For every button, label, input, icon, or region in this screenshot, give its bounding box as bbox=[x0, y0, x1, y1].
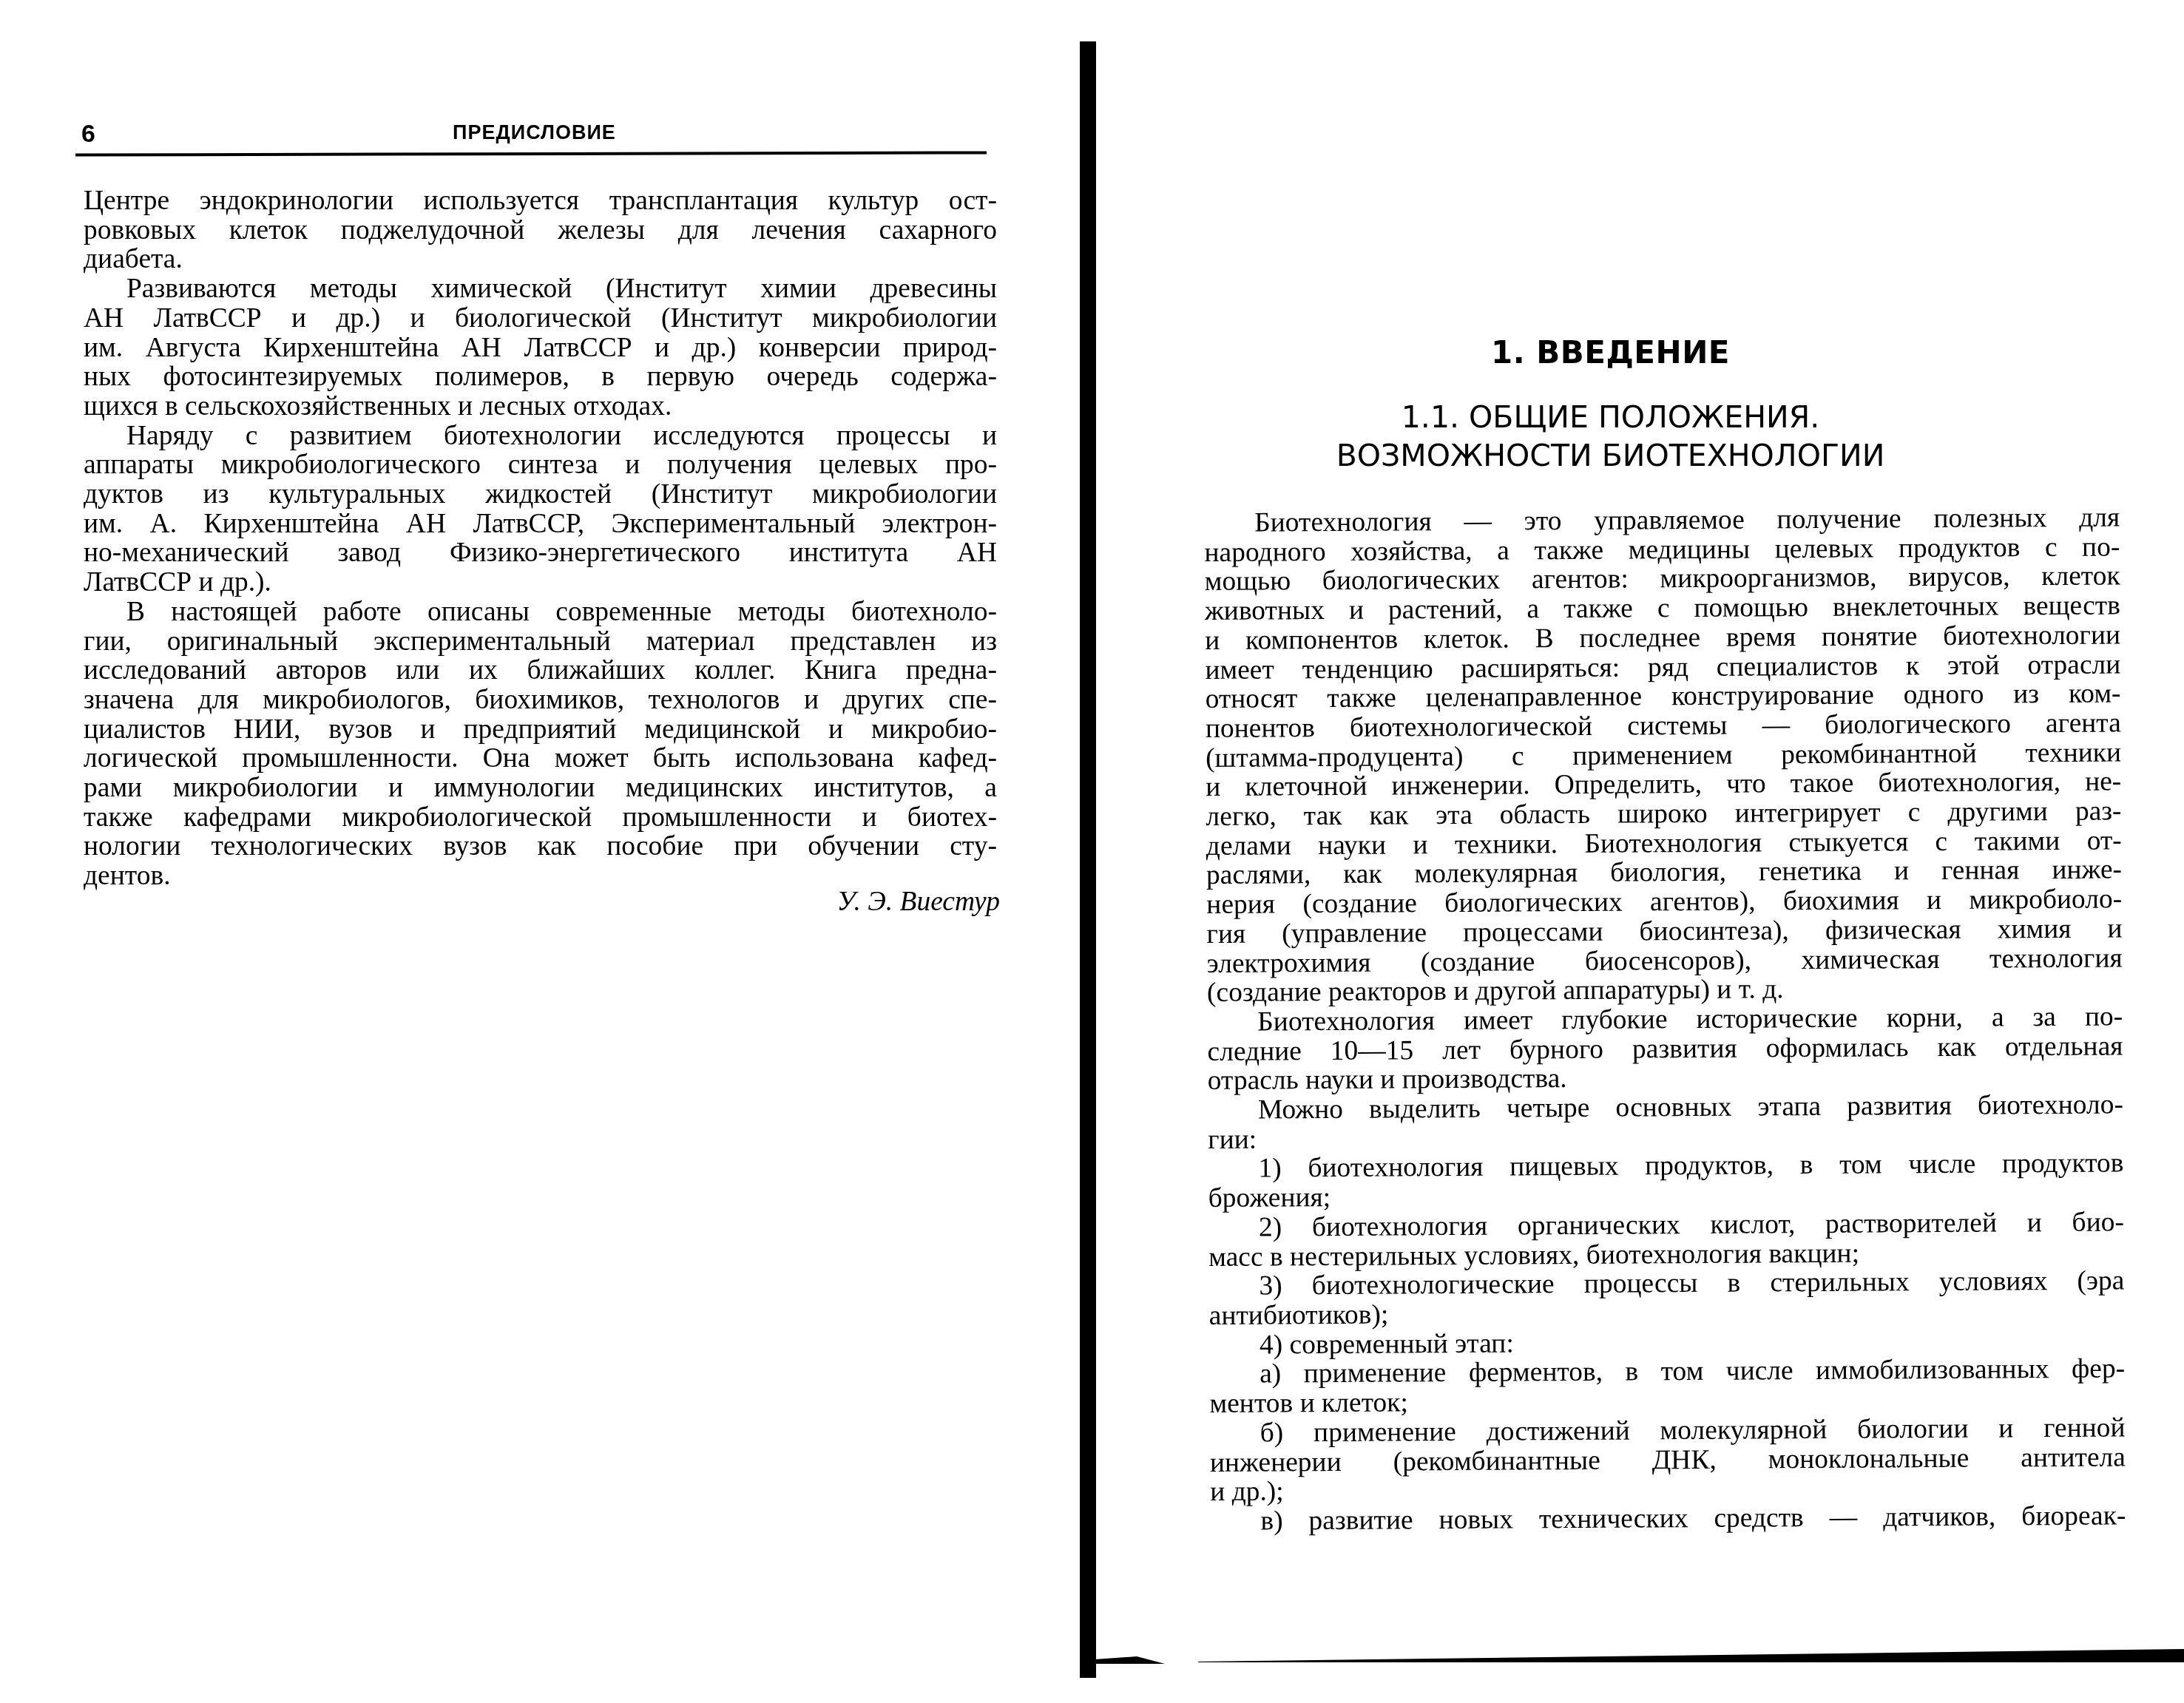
paragraph: Биотехнология — это управляемое получени… bbox=[1204, 503, 2123, 1008]
chapter-body-text: Биотехнология — это управляемое получени… bbox=[1204, 503, 2126, 1536]
text-line: ровковых клеток поджелудочной железы для… bbox=[84, 216, 997, 246]
chapter-title: 1. ВВЕДЕНИЕ bbox=[1191, 334, 2030, 370]
text-line: в) развитие новых технических средств — … bbox=[1210, 1501, 2126, 1536]
text-line: 3) биотехнологические процессы в стериль… bbox=[1208, 1267, 2124, 1301]
text-line: циалистов НИИ, вузов и предприятий медиц… bbox=[84, 715, 997, 745]
section-title-line: 1.1. ОБЩИЕ ПОЛОЖЕНИЯ. bbox=[1191, 398, 2030, 436]
text-line: Центре эндокринологии используется транс… bbox=[84, 186, 997, 216]
text-line: нологии технологических вузов как пособи… bbox=[84, 832, 997, 861]
text-line: им. А. Кирхенштейна АН ЛатвССР, Эксперим… bbox=[84, 509, 997, 539]
paragraph: Биотехнология имеет глубокие исторически… bbox=[1207, 1002, 2123, 1096]
text-line: логической промышленности. Она может быт… bbox=[84, 744, 997, 773]
text-line: Развиваются методы химической (Институт … bbox=[84, 274, 997, 304]
text-line: 1) биотехнология пищевых продуктов, в то… bbox=[1208, 1149, 2123, 1184]
text-line: 2) биотехнология органических кислот, ра… bbox=[1208, 1208, 2124, 1242]
text-line: следние 10—15 лет бурного развития оформ… bbox=[1207, 1032, 2123, 1066]
text-line: значена для микробиологов, биохимиков, т… bbox=[84, 685, 997, 715]
list-item: б) применение достижений молекулярной би… bbox=[1210, 1413, 2126, 1507]
text-line: Можно выделить четыре основных этапа раз… bbox=[1208, 1090, 2123, 1125]
running-title: ПРЕДИСЛОВИЕ bbox=[81, 121, 987, 144]
text-line: В настоящей работе описаны современные м… bbox=[84, 597, 997, 627]
paragraph: Можно выделить четыре основных этапа раз… bbox=[1208, 1090, 2123, 1154]
list-item: 2) биотехнология органических кислот, ра… bbox=[1208, 1208, 2124, 1272]
text-line: рами микробиологии и иммунологии медицин… bbox=[84, 773, 997, 803]
preface-body-text: Центре эндокринологии используется транс… bbox=[84, 186, 997, 891]
list-item: в) развитие новых технических средств — … bbox=[1210, 1501, 2126, 1536]
text-line: инженерии (рекомбинантные ДНК, моноклона… bbox=[1210, 1443, 2126, 1477]
text-line: а) применение ферментов, в том числе имм… bbox=[1209, 1355, 2125, 1389]
text-line: диабета. bbox=[84, 245, 997, 274]
book-spine-shadow bbox=[1080, 41, 1096, 1678]
list-item: 3) биотехнологические процессы в стериль… bbox=[1208, 1267, 2124, 1331]
text-line: дуктов из культуральных жидкостей (Инсти… bbox=[84, 480, 997, 509]
paragraph: Развиваются методы химической (Институт … bbox=[84, 274, 997, 421]
text-line: аппараты микробиологического синтеза и п… bbox=[84, 450, 997, 480]
text-line: АН ЛатвССР и др.) и биологической (Инсти… bbox=[84, 304, 997, 334]
text-line: щихся в сельскохозяйственных и лесных от… bbox=[84, 392, 997, 421]
text-line: ЛатвССР и др.). bbox=[84, 568, 997, 597]
list-item: а) применение ферментов, в том числе имм… bbox=[1209, 1355, 2125, 1419]
text-line: Наряду с развитием биотехнологии исследу… bbox=[84, 421, 997, 451]
paragraph: Наряду с развитием биотехнологии исследу… bbox=[84, 421, 997, 597]
text-line: ных фотосинтезируемых полимеров, в перву… bbox=[84, 362, 997, 392]
section-title: 1.1. ОБЩИЕ ПОЛОЖЕНИЯ. ВОЗМОЖНОСТИ БИОТЕХ… bbox=[1191, 398, 2030, 475]
paragraph: В настоящей работе описаны современные м… bbox=[84, 597, 997, 891]
text-line: но-механический завод Физико-энергетичес… bbox=[84, 538, 997, 568]
paragraph: Центре эндокринологии используется транс… bbox=[84, 186, 997, 274]
author-signature: У. Э. Виестур bbox=[81, 886, 1000, 918]
list-item: 1) биотехнология пищевых продуктов, в то… bbox=[1208, 1149, 2123, 1213]
section-title-line: ВОЗМОЖНОСТИ БИОТЕХНОЛОГИИ bbox=[1191, 436, 2030, 475]
text-line: исследований авторов или их ближайших ко… bbox=[84, 656, 997, 685]
text-line: гии, оригинальный экспериментальный мате… bbox=[84, 627, 997, 657]
text-line: электрохимия (создание биосенсоров), хим… bbox=[1207, 944, 2123, 978]
text-line: им. Августа Кирхенштейна АН ЛатвССР и др… bbox=[84, 334, 997, 363]
text-line: также кафедрами микробиологической промы… bbox=[84, 803, 997, 833]
